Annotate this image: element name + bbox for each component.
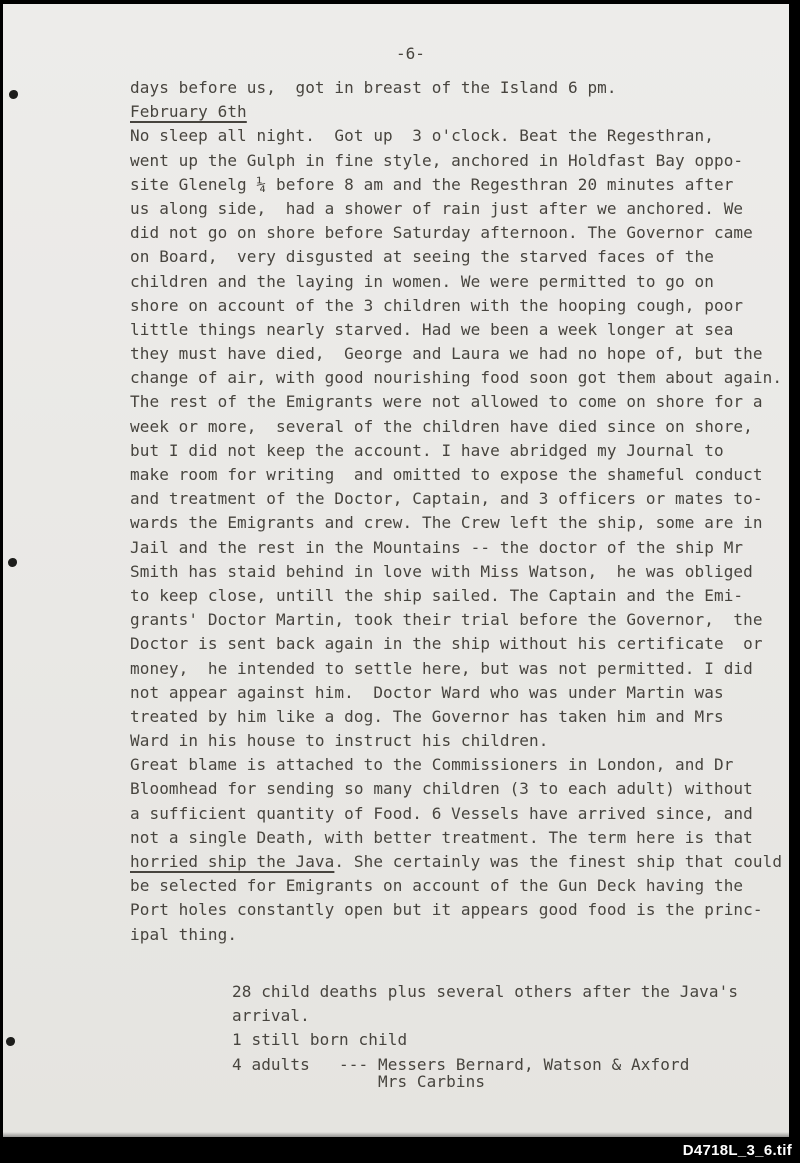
text-line: treated by him like a dog. The Governor …: [130, 705, 782, 729]
text-line: February 6th: [130, 100, 782, 124]
hole-punch-mark: [9, 90, 18, 99]
page-number: -6-: [396, 42, 425, 66]
text-line: children and the laying in women. We wer…: [130, 270, 782, 294]
text-line: Ward in his house to instruct his childr…: [130, 729, 782, 753]
filename-label: D4718L_3_6.tif: [683, 1142, 792, 1159]
text-line: week or more, several of the children ha…: [130, 415, 782, 439]
text-line: not appear against him. Doctor Ward who …: [130, 681, 782, 705]
text-line: be selected for Emigrants on account of …: [130, 874, 782, 898]
text-line: The rest of the Emigrants were not allow…: [130, 390, 782, 414]
text-line: and treatment of the Doctor, Captain, an…: [130, 487, 782, 511]
text-line: horried ship the Java. She certainly was…: [130, 850, 782, 874]
text-line: Great blame is attached to the Commissio…: [130, 753, 782, 777]
text-line: site Glenelg ¼ before 8 am and the Reges…: [130, 173, 782, 197]
hole-punch-mark: [8, 558, 17, 567]
document-page: -6- days before us, got in breast of the…: [3, 4, 789, 1137]
text-line: Doctor is sent back again in the ship wi…: [130, 632, 782, 656]
text-line: but I did not keep the account. I have a…: [130, 439, 782, 463]
text-line: Jail and the rest in the Mountains -- th…: [130, 536, 782, 560]
text-line: shore on account of the 3 children with …: [130, 294, 782, 318]
text-line: days before us, got in breast of the Isl…: [130, 76, 782, 100]
text-line: us along side, had a shower of rain just…: [130, 197, 782, 221]
text-line: ipal thing.: [130, 923, 782, 947]
text-line: little things nearly starved. Had we bee…: [130, 318, 782, 342]
journal-body-text: days before us, got in breast of the Isl…: [130, 76, 782, 947]
scan-border-left: [0, 0, 3, 1163]
text-line: 1 still born child: [232, 1028, 738, 1052]
text-line: money, he intended to settle here, but w…: [130, 657, 782, 681]
text-line: they must have died, George and Laura we…: [130, 342, 782, 366]
text-line: a sufficient quantity of Food. 6 Vessels…: [130, 802, 782, 826]
text-line: did not go on shore before Saturday afte…: [130, 221, 782, 245]
text-line: Bloomhead for sending so many children (…: [130, 777, 782, 801]
hole-punch-mark: [6, 1037, 15, 1046]
text-line: arrival.: [232, 1004, 738, 1028]
text-line: wards the Emigrants and crew. The Crew l…: [130, 511, 782, 535]
text-line: 28 child deaths plus several others afte…: [232, 980, 738, 1004]
text-line: went up the Gulph in fine style, anchore…: [130, 149, 782, 173]
text-line: change of air, with good nourishing food…: [130, 366, 782, 390]
scan-border-right: [789, 0, 800, 1163]
text-line: grants' Doctor Martin, took their trial …: [130, 608, 782, 632]
text-line: to keep close, untill the ship sailed. T…: [130, 584, 782, 608]
text-line: make room for writing and omitted to exp…: [130, 463, 782, 487]
filename-bar: D4718L_3_6.tif: [0, 1137, 800, 1163]
text-line: Port holes constantly open but it appear…: [130, 898, 782, 922]
text-line: on Board, very disgusted at seeing the s…: [130, 245, 782, 269]
scan-border-top: [0, 0, 800, 4]
text-line: not a single Death, with better treatmen…: [130, 826, 782, 850]
text-line: Smith has staid behind in love with Miss…: [130, 560, 782, 584]
deaths-summary-block: 28 child deaths plus several others afte…: [232, 980, 738, 1094]
text-line: No sleep all night. Got up 3 o'clock. Be…: [130, 124, 782, 148]
